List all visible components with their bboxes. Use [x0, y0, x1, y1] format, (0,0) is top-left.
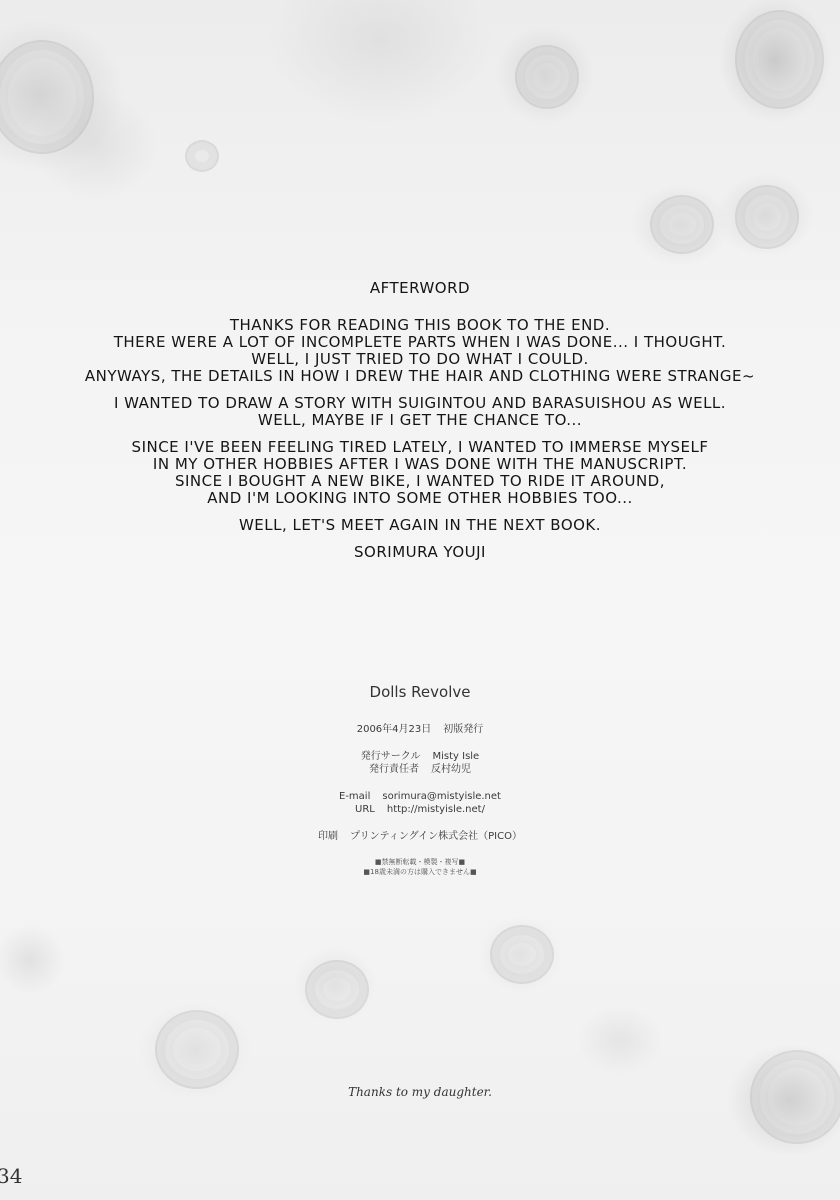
afterword-line: Well, let's meet again in the next book.: [0, 517, 840, 534]
rose-decoration: [185, 140, 219, 172]
edition-label: 初版発行: [443, 724, 483, 735]
notice-line: ■禁無断転載・模製・複写■: [0, 857, 840, 867]
rose-decoration: [735, 185, 799, 249]
page-background: [0, 0, 840, 1200]
afterword-line: Since I've been feeling tired lately, I …: [0, 439, 840, 456]
afterword-line: Well, I just tried to do what I could.: [0, 351, 840, 368]
rose-decoration: [155, 1010, 239, 1089]
circle-label: 発行サークル: [361, 751, 421, 762]
url-value: http://mistyisle.net/: [387, 804, 485, 815]
afterword-paragraph: Thanks for reading this book to the end.…: [0, 317, 840, 385]
notice-line: ■18歳未満の方は購入できません■: [0, 867, 840, 877]
rose-decoration: [490, 925, 554, 984]
circle-value: Misty Isle: [432, 751, 479, 762]
rose-decoration: [735, 10, 824, 109]
notices: ■禁無断転載・模製・複写■ ■18歳未満の方は購入できません■: [0, 857, 840, 877]
rose-decoration: [515, 45, 579, 109]
page-number: 34: [0, 1164, 22, 1188]
publication-date: 2006年4月23日: [357, 724, 432, 735]
afterword-paragraph: I wanted to draw a story with Suigintou …: [0, 395, 840, 429]
email-label: E-mail: [339, 791, 370, 802]
rose-decoration: [305, 960, 369, 1019]
printer-info: 印刷プリンティングイン株式会社（PICO）: [0, 830, 840, 843]
responsible-value: 反村幼児: [431, 764, 471, 775]
printer-label: 印刷: [318, 831, 338, 842]
rose-decoration: [0, 40, 94, 154]
afterword-line: Thanks for reading this book to the end.: [0, 317, 840, 334]
url-label: URL: [355, 804, 375, 815]
afterword-line: Since I bought a new bike, I wanted to r…: [0, 473, 840, 490]
dedication: Thanks to my daughter.: [0, 1085, 840, 1099]
afterword-paragraph: Well, let's meet again in the next book.: [0, 517, 840, 534]
responsible-label: 発行責任者: [369, 764, 419, 775]
afterword-heading: Afterword: [0, 280, 840, 297]
contact-info: E-mailsorimura@mistyisle.net URLhttp://m…: [0, 790, 840, 816]
afterword-section: Afterword Thanks for reading this book t…: [0, 280, 840, 571]
printer-value: プリンティングイン株式会社（PICO）: [350, 831, 522, 842]
email-value: sorimura@mistyisle.net: [382, 791, 501, 802]
rose-decoration: [650, 195, 714, 254]
afterword-line: Anyways, the details in how I drew the h…: [0, 368, 840, 385]
afterword-line: I wanted to draw a story with Suigintou …: [0, 395, 840, 412]
publication-info: 2006年4月23日初版発行: [0, 723, 840, 736]
afterword-line: and I'm looking into some other hobbies …: [0, 490, 840, 507]
afterword-line: Well, maybe if I get the chance to...: [0, 412, 840, 429]
publisher-info: 発行サークルMisty Isle 発行責任者反村幼児: [0, 750, 840, 776]
afterword-signature: Sorimura Youji: [0, 544, 840, 561]
afterword-line: in my other hobbies after I was done wit…: [0, 456, 840, 473]
afterword-paragraph: Since I've been feeling tired lately, I …: [0, 439, 840, 507]
book-title: Dolls Revolve: [0, 683, 840, 701]
colophon-section: Dolls Revolve 2006年4月23日初版発行 発行サークルMisty…: [0, 683, 840, 877]
afterword-line: There were a lot of incomplete parts whe…: [0, 334, 840, 351]
